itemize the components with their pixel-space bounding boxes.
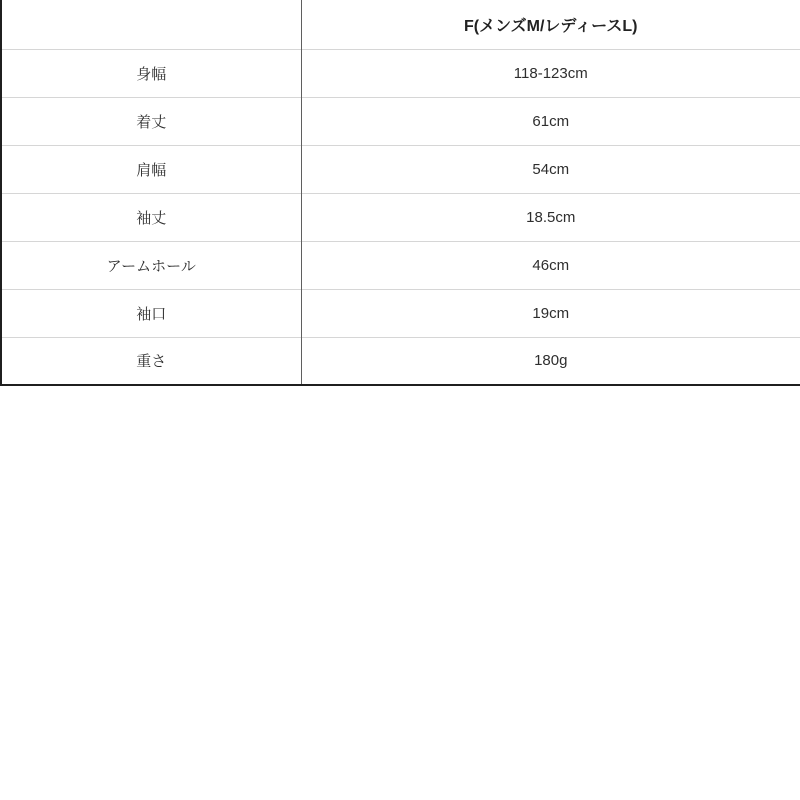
- table-row: 袖丈 18.5cm: [1, 193, 800, 241]
- size-table: F(メンズM/レディースL) 身幅 118-123cm 着丈 61cm 肩幅 5…: [0, 0, 800, 386]
- table-row: 着丈 61cm: [1, 97, 800, 145]
- measurement-value: 61cm: [301, 97, 800, 145]
- table-row: 袖口 19cm: [1, 289, 800, 337]
- table-row: 身幅 118-123cm: [1, 49, 800, 97]
- measurement-value: 118-123cm: [301, 49, 800, 97]
- header-cell-empty: [1, 0, 301, 49]
- measurement-value: 18.5cm: [301, 193, 800, 241]
- header-cell-size: F(メンズM/レディースL): [301, 0, 800, 49]
- measurement-value: 54cm: [301, 145, 800, 193]
- measurement-label: 着丈: [1, 97, 301, 145]
- measurement-label: 重さ: [1, 337, 301, 385]
- table-row: 肩幅 54cm: [1, 145, 800, 193]
- measurement-label: 袖丈: [1, 193, 301, 241]
- measurement-value: 19cm: [301, 289, 800, 337]
- page: F(メンズM/レディースL) 身幅 118-123cm 着丈 61cm 肩幅 5…: [0, 0, 800, 800]
- table-row: 重さ 180g: [1, 337, 800, 385]
- measurement-label: 肩幅: [1, 145, 301, 193]
- measurement-value: 46cm: [301, 241, 800, 289]
- table-row: アームホール 46cm: [1, 241, 800, 289]
- measurement-label: 袖口: [1, 289, 301, 337]
- measurement-label: 身幅: [1, 49, 301, 97]
- measurement-label: アームホール: [1, 241, 301, 289]
- measurement-value: 180g: [301, 337, 800, 385]
- size-table-header-row: F(メンズM/レディースL): [1, 0, 800, 49]
